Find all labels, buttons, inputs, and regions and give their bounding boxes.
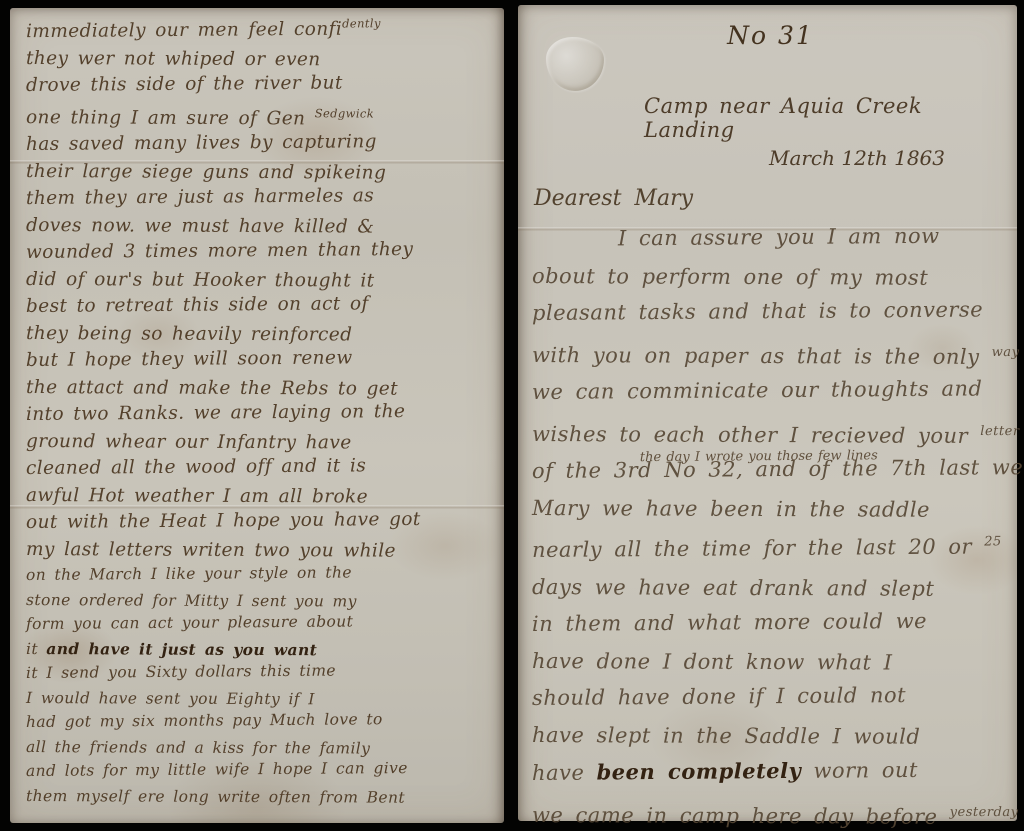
letter-line: in them and what more could we bbox=[532, 602, 1009, 643]
letter-scan: immediately our men feel confidentlythey… bbox=[0, 0, 1024, 831]
letter-line: out with the Heat I hope you have got bbox=[26, 506, 498, 537]
letter-line: with you on paper as that is the only wa… bbox=[532, 332, 1009, 376]
letter-date: March 12th 1863 bbox=[532, 146, 1009, 170]
letter-line: cleaned all the wood off and it is bbox=[26, 452, 498, 483]
right-page-lines: I can assure you I am nowobout to perfor… bbox=[532, 221, 1009, 831]
letter-line: has saved many lives by capturing bbox=[26, 128, 498, 159]
letter-line: it I send you Sixty dollars this time bbox=[26, 658, 498, 686]
letter-line: immediately our men feel confidently bbox=[26, 9, 498, 45]
letter-line: nearly all the time for the last 20 or 2… bbox=[532, 523, 1009, 569]
letter-line: the day I wrote you those few linesof th… bbox=[532, 449, 1009, 490]
letter-place: Camp near Aquia Creek Landing bbox=[532, 94, 1009, 142]
letter-line: drove this side of the river but bbox=[26, 68, 498, 99]
left-page-lines: immediately our men feel confidentlythey… bbox=[26, 13, 498, 808]
letter-number: No 31 bbox=[532, 21, 1009, 50]
right-page: No 31 Camp near Aquia Creek Landing Marc… bbox=[518, 5, 1017, 821]
letter-line: form you can act your pleasure about bbox=[26, 609, 498, 637]
letter-line: but I hope they will soon renew bbox=[26, 344, 498, 375]
letter-line: have been completely worn out bbox=[532, 750, 1009, 792]
letter-line: them they are just as harmeles as bbox=[26, 182, 498, 213]
embossed-seal-icon bbox=[546, 37, 604, 91]
letter-line: on the March I like your style on the bbox=[26, 560, 498, 588]
letter-line: we can comminicate our thoughts and bbox=[532, 370, 1009, 411]
letter-line: should have done if I could not bbox=[532, 676, 1009, 717]
letter-line: them myself ere long write often from Be… bbox=[26, 784, 498, 811]
letter-line: and lots for my little wife I hope I can… bbox=[26, 756, 498, 784]
letter-line: had got my six months pay Much love to bbox=[26, 707, 498, 735]
letter-salutation: Dearest Mary bbox=[532, 186, 1009, 211]
letter-line: wounded 3 times more men than they bbox=[26, 236, 498, 267]
left-page: immediately our men feel confidentlythey… bbox=[10, 8, 504, 823]
letter-line: pleasant tasks and that is to converse bbox=[532, 291, 1009, 332]
letter-line: best to retreat this side on act of bbox=[26, 290, 498, 321]
letter-line: we came in camp here day before yesterda… bbox=[532, 792, 1009, 831]
letter-line: I can assure you I am now bbox=[532, 217, 1009, 258]
letter-line: into two Ranks. we are laying on the bbox=[26, 398, 498, 429]
